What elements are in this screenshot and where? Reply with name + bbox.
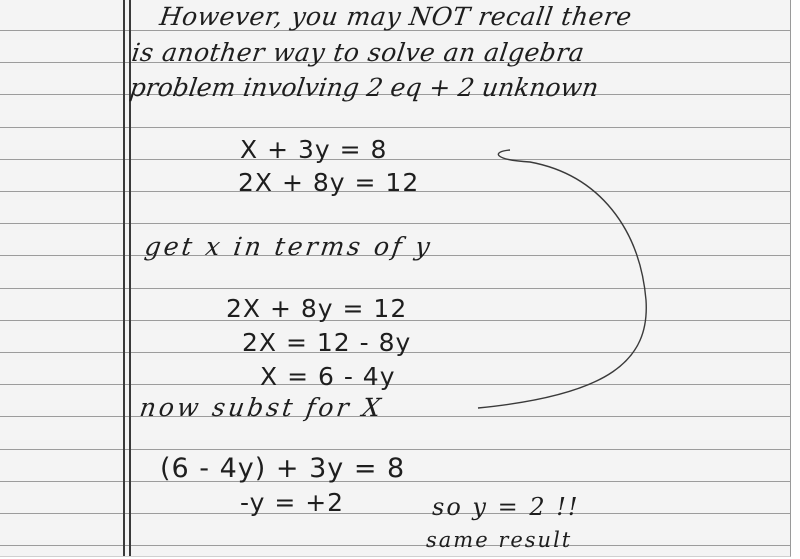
curved-arrow-icon	[0, 0, 790, 556]
notebook-page: However, you may NOT recall there is ano…	[0, 0, 791, 557]
